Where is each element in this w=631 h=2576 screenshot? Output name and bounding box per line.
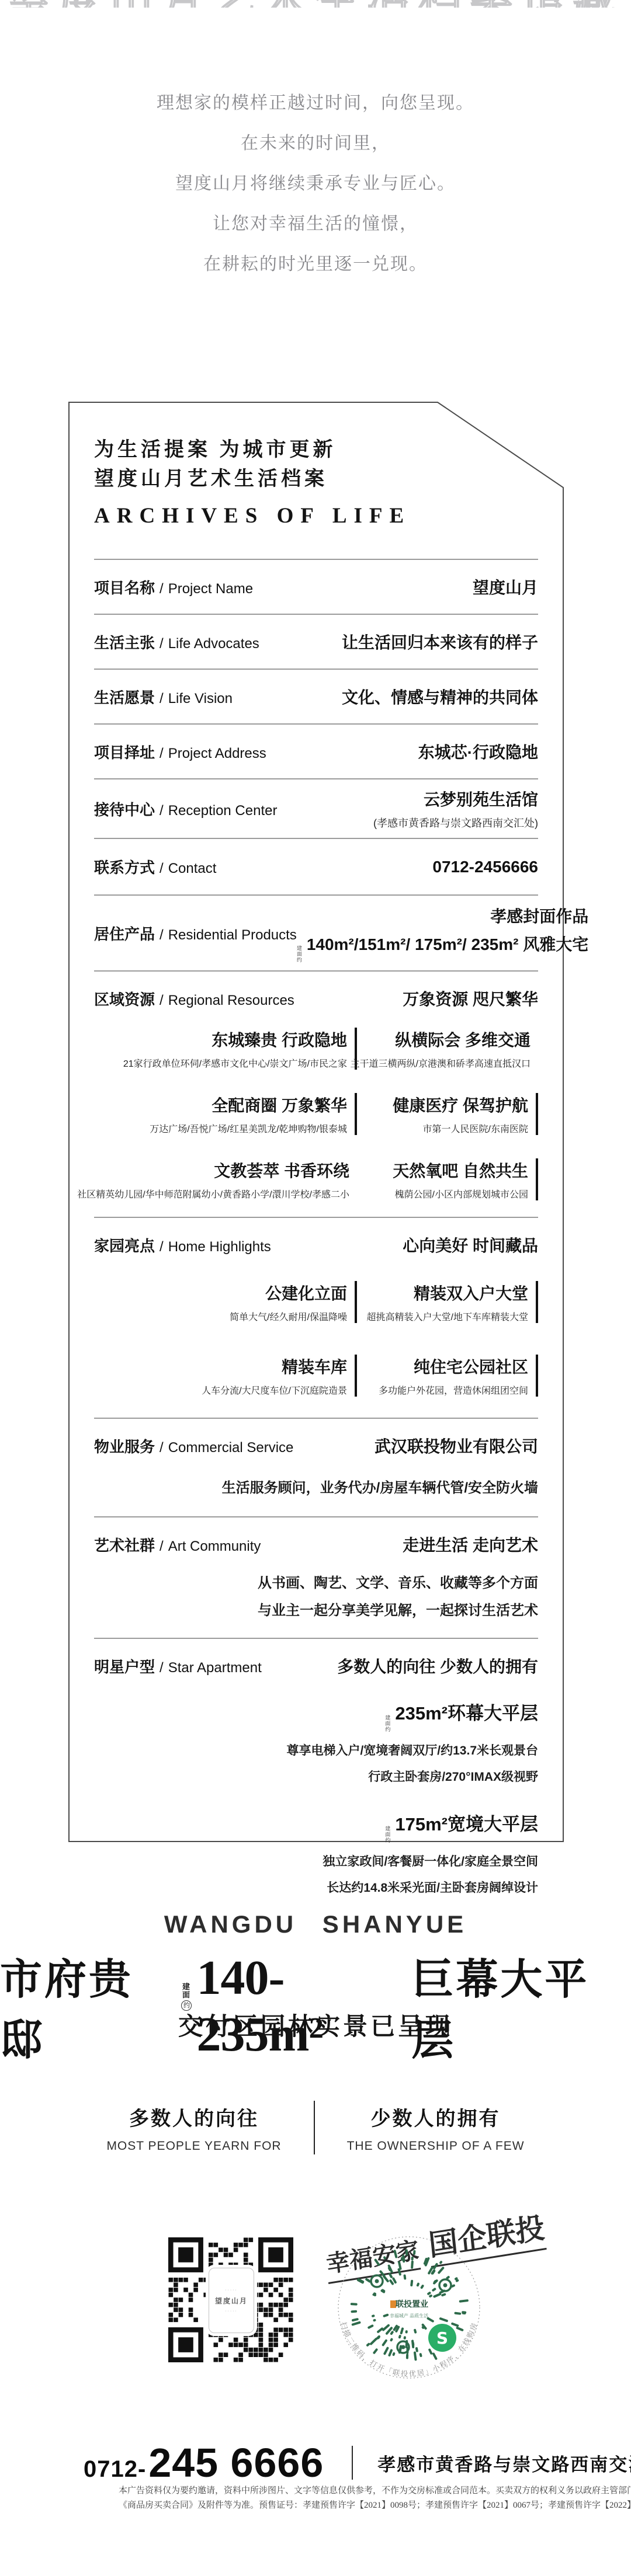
star-unit-175: 建面约175m²宽境大平层 独立家政间/客餐厨一体化/家庭全景空间 长达约14.…	[94, 1809, 538, 1896]
section-label: 艺术社群/Art Community	[94, 1534, 261, 1555]
brand-subline: 交付区园林实景已呈现	[0, 2007, 631, 2042]
row-value: 让生活回归本来该有的样子	[342, 630, 538, 653]
row-value-group: 云梦别苑生活馆 (孝感市黄香路与崇文路西南交汇处)	[373, 787, 538, 830]
card-title-en: ARCHIVES OF LIFE	[94, 503, 538, 528]
footer-divider	[352, 2446, 353, 2480]
area-prefix: 建面约	[385, 1826, 393, 1843]
row-label: 生活主张/Life Advocates	[94, 631, 259, 653]
intro-line: 让您对幸福生活的憧憬，	[0, 204, 631, 244]
section-value: 心向美好 时间藏品	[403, 1233, 538, 1256]
card-row-reception-center: 接待中心/Reception Center 云梦别苑生活馆 (孝感市黄香路与崇文…	[94, 779, 538, 839]
feature-bar	[536, 1093, 538, 1135]
property-desc: 生活服务顾问，业务代办/房屋车辆代管/安全防火墙	[94, 1476, 538, 1516]
intro-line: 在耕耘的时光里逐一兑现。	[0, 244, 631, 284]
card-title-line1: 为生活提案 为城市更新	[94, 436, 538, 465]
section-property-service: 物业服务/Commercial Service 武汉联投物业有限公司 生活服务顾…	[94, 1419, 538, 1517]
footer-disclaimer: 本广告资料仅为要约邀请，资料中所涉图片、文字等信息仅供参考，不作为交房标准或合同…	[119, 2484, 568, 2513]
section-label: 物业服务/Commercial Service	[94, 1435, 293, 1457]
disclaimer-line: 本广告资料仅为要约邀请，资料中所涉图片、文字等信息仅供参考，不作为交房标准或合同…	[119, 2484, 568, 2498]
qr-center-label: ····· 望度山月 ·····	[209, 2268, 254, 2333]
feature-bar	[536, 1281, 538, 1323]
feature-item: 精装双入户大堂超挑高精装入户大堂/地下车库精装大堂	[359, 1281, 538, 1323]
miniprogram-icon-letter: S	[436, 2328, 448, 2348]
headline-suffix: 巨幕大平层	[411, 1945, 631, 2067]
area-prefix: 建面约	[385, 1715, 393, 1732]
section-label: 家园亮点/Home Highlights	[94, 1234, 271, 1256]
section-home-highlights: 家园亮点/Home Highlights 心向美好 时间藏品 公建化立面简单大气…	[94, 1218, 538, 1419]
area-seal: 建面 约	[181, 1983, 192, 2011]
disclaimer-line: 《商品房买卖合同》及附件等为准。预售证号：孝建预售许字【2021】0098号；孝…	[119, 2498, 568, 2513]
brand-logo-en: WANGDU SHANYUE	[0, 1910, 631, 1938]
art-desc-line: 从书画、陶艺、文学、音乐、收藏等多个方面	[94, 1571, 538, 1592]
footer-contact-row: 0712- 245 6666 孝感市黄香路与崇文路西南交汇处	[84, 2439, 631, 2486]
section-value: 多数人的向往 少数人的拥有	[337, 1654, 538, 1677]
section-label: 区域资源/Regional Resources	[94, 988, 294, 1009]
mini-center-subtext: 幸福城产 品质生活	[390, 2313, 428, 2319]
footer-phone: 0712- 245 6666	[84, 2439, 324, 2486]
feature-bar	[536, 1158, 538, 1200]
card-row-life-advocates: 生活主张/Life Advocates 让生活回归本来该有的样子	[94, 615, 538, 670]
footer-address: 孝感市黄香路与崇文路西南交汇处	[377, 2450, 631, 2476]
feature-bar	[355, 1355, 357, 1397]
row-label: 居住产品/Residential Products	[94, 923, 297, 944]
card-row-residential-products: 居住产品/Residential Products 孝感封面作品 建面约 140…	[94, 896, 538, 972]
row-value: 文化、情感与精神的共同体	[342, 685, 538, 708]
duality-left: 多数人的向往 MOST PEOPLE YEARN FOR	[106, 2102, 281, 2153]
archive-card: 为生活提案 为城市更新 望度山月艺术生活档案 ARCHIVES OF LIFE …	[68, 402, 564, 1842]
card-header: 为生活提案 为城市更新 望度山月艺术生活档案 ARCHIVES OF LIFE	[94, 402, 538, 560]
row-note: (孝感市黄香路与崇文路西南交汇处)	[373, 815, 538, 830]
row-value-phone: 0712-2456666	[432, 858, 538, 876]
row-label: 接待中心/Reception Center	[94, 798, 277, 820]
art-desc-line: 与业主一起分享美学见解，一起探讨生活艺术	[94, 1599, 538, 1638]
dots-decoration: ·····	[225, 2288, 238, 2292]
card-row-life-vision: 生活愿景/Life Vision 文化、情感与精神的共同体	[94, 670, 538, 725]
qr-label-text: 望度山月	[215, 2296, 248, 2306]
feature-item: 纵横际会 多维交通主干道三横两纵/京港澳和硚孝高速直抵汉口	[359, 1028, 538, 1070]
duality-right: 少数人的拥有 THE OWNERSHIP OF A FEW	[347, 2102, 525, 2153]
feature-item: 全配商圈 万象繁华万达广场/吾悦广场/红星美凯龙/乾坤购物/银泰城	[94, 1093, 357, 1135]
mini-center-text: 联投置业	[396, 2299, 428, 2309]
top-ghost-band: 望度山月艺术生活档案馆藏	[0, 0, 631, 8]
ghost-text: 望度山月艺术生活档案馆藏	[0, 0, 631, 8]
row-value: 孝感封面作品	[490, 904, 588, 927]
intro-line: 在未来的时间里，	[0, 123, 631, 163]
row-label: 联系方式/Contact	[94, 856, 216, 878]
row-label: 项目择址/Project Address	[94, 741, 266, 763]
intro-line: 望度山月将继续秉承专业与匠心。	[0, 163, 631, 204]
feature-item: 健康医疗 保驾护航市第一人民医院/东南医院	[359, 1093, 538, 1135]
duality-row: 多数人的向往 MOST PEOPLE YEARN FOR 少数人的拥有 THE …	[0, 2101, 631, 2154]
card-title-line2: 望度山月艺术生活档案	[94, 465, 538, 494]
section-regional-resources: 区域资源/Regional Resources 万象资源 咫尺繁华 东城臻贵 行…	[94, 972, 538, 1218]
row-value-areas: 建面约 140m²/151m²/ 175m²/ 235m² 风雅大宅	[297, 932, 588, 963]
section-value: 万象资源 咫尺繁华	[403, 987, 538, 1010]
row-label: 生活愿景/Life Vision	[94, 686, 233, 708]
area-prefix: 建面约	[297, 945, 304, 963]
section-value: 武汉联投物业有限公司	[375, 1434, 538, 1457]
feature-item: 精装车库人车分流/大尺度车位/下沉庭院造景	[94, 1355, 357, 1397]
feature-bar	[536, 1355, 538, 1397]
miniprogram-qr-code: 联投置业 幸福城产 品质生活 S 扫描二维码，打开「联投优居」小程序，在线购房	[333, 2232, 485, 2383]
brand-headline: 市府贵邸 建面 约 140-235m² 巨幕大平层	[0, 1945, 631, 2067]
feature-bar	[355, 1281, 357, 1323]
row-value-group: 孝感封面作品 建面约 140m²/151m²/ 175m²/ 235m² 风雅大…	[297, 904, 588, 963]
card-row-project-address: 项目择址/Project Address 东城芯·行政隐地	[94, 725, 538, 779]
card-row-contact: 联系方式/Contact 0712-2456666	[94, 839, 538, 896]
feature-bar	[355, 1093, 357, 1135]
feature-item: 东城臻贵 行政隐地21家行政单位环伺/孝感市文化中心/崇文广场/市民之家	[94, 1028, 357, 1070]
headline-prefix: 市府贵邸	[0, 1945, 175, 2067]
headline-area: 140-235m²	[196, 1950, 408, 2063]
intro-paragraph: 理想家的模样正越过时间，向您呈现。 在未来的时间里， 望度山月将继续秉承专业与匠…	[0, 83, 631, 284]
star-unit-235: 建面约235m²环幕大平层 尊享电梯入户/宽境奢阔双厅/约13.7米长观景台 行…	[94, 1698, 538, 1785]
section-label: 明星户型/Star Apartment	[94, 1655, 262, 1677]
card-row-project-name: 项目名称/Project Name 望度山月	[94, 560, 538, 615]
row-value: 云梦别苑生活馆	[424, 787, 538, 810]
feature-item: 文教荟萃 书香环绕社区精英幼儿园/华中师范附属幼小/黄香路小学/澴川学校/孝感二…	[94, 1158, 357, 1200]
duality-divider	[314, 2101, 315, 2154]
row-value: 望度山月	[473, 575, 538, 598]
feature-item: 公建化立面简单大气/经久耐用/保温降噪	[94, 1281, 357, 1323]
section-value: 走进生活 走向艺术	[403, 1533, 538, 1556]
feature-item: 纯住宅公园社区多功能户外花园，营造休闲组团空间	[359, 1355, 538, 1397]
feature-item: 天然氧吧 自然共生槐荫公园/小区内部规划城市公园	[359, 1158, 538, 1200]
row-label: 项目名称/Project Name	[94, 576, 253, 598]
section-art-community: 艺术社群/Art Community 走进生活 走向艺术 从书画、陶艺、文学、音…	[94, 1517, 538, 1639]
dots-decoration: ·····	[225, 2309, 238, 2313]
intro-line: 理想家的模样正越过时间，向您呈现。	[0, 83, 631, 123]
section-star-apartment: 明星户型/Star Apartment 多数人的向往 少数人的拥有 建面约235…	[94, 1639, 538, 1896]
row-value: 东城芯·行政隐地	[418, 740, 538, 763]
